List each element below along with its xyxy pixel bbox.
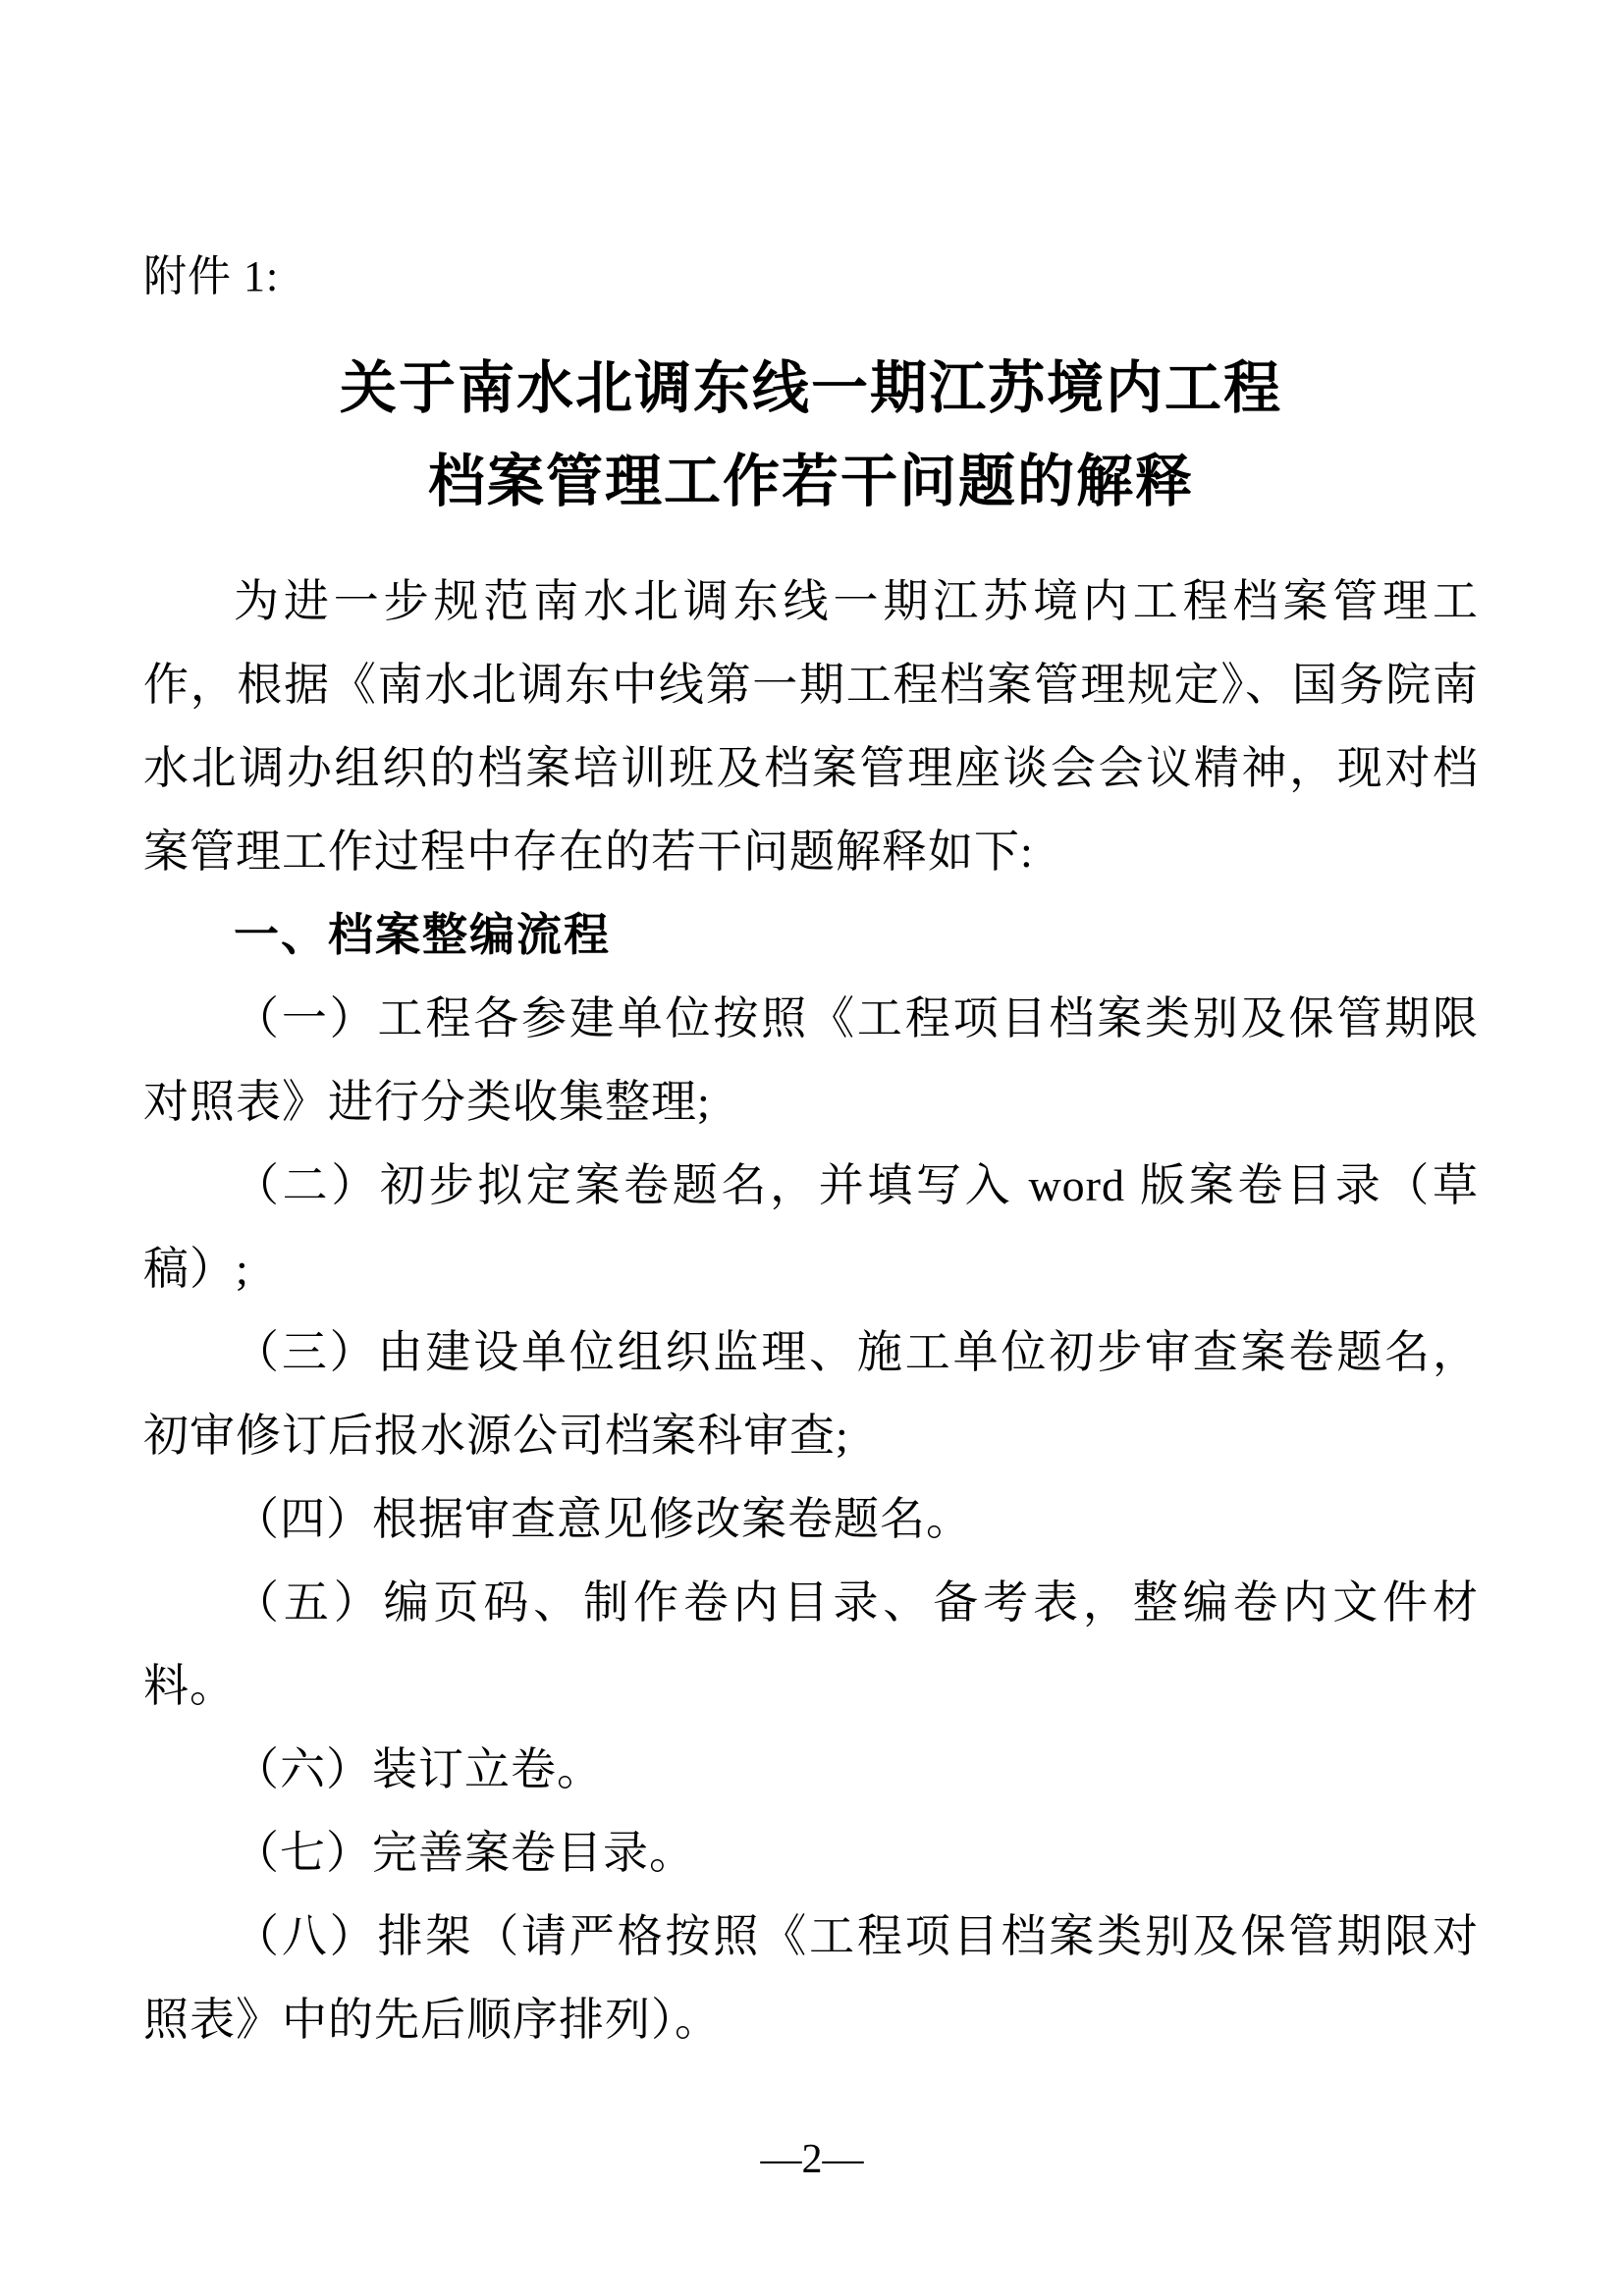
document-page: 附件 1: 关于南水北调东线一期江苏境内工程 档案管理工作若干问题的解释 为进一… <box>0 0 1624 2296</box>
body-paragraph: （六）装订立卷。 <box>143 1728 1479 1811</box>
document-content: 附件 1: 关于南水北调东线一期江苏境内工程 档案管理工作若干问题的解释 为进一… <box>143 247 1479 2061</box>
body-paragraph: （二）初步拟定案卷题名，并填写入 word 版案卷目录（草稿）; <box>143 1144 1479 1310</box>
body-paragraph: （八）排架（请严格按照《工程项目档案类别及保管期限对照表》中的先后顺序排列）。 <box>143 1895 1479 2061</box>
document-title-line1: 关于南水北调东线一期江苏境内工程 <box>143 342 1479 435</box>
page-number: —2— <box>0 2135 1624 2184</box>
body-paragraph: （四）根据审查意见修改案卷题名。 <box>143 1477 1479 1561</box>
document-title-line2: 档案管理工作若干问题的解释 <box>143 435 1479 528</box>
body-paragraph: （七）完善案卷目录。 <box>143 1811 1479 1895</box>
body-paragraph: 为进一步规范南水北调东线一期江苏境内工程档案管理工作，根据《南水北调东中线第一期… <box>143 560 1479 893</box>
document-body: 为进一步规范南水北调东线一期江苏境内工程档案管理工作，根据《南水北调东中线第一期… <box>143 560 1479 2061</box>
section-heading: 一、档案整编流程 <box>143 893 1479 977</box>
attachment-label: 附件 1: <box>143 247 1479 306</box>
body-paragraph: （一）工程各参建单位按照《工程项目档案类别及保管期限对照表》进行分类收集整理; <box>143 977 1479 1144</box>
document-title: 关于南水北调东线一期江苏境内工程 档案管理工作若干问题的解释 <box>143 342 1479 528</box>
body-paragraph: （三）由建设单位组织监理、施工单位初步审查案卷题名，初审修订后报水源公司档案科审… <box>143 1310 1479 1477</box>
body-paragraph: （五）编页码、制作卷内目录、备考表，整编卷内文件材料。 <box>143 1561 1479 1728</box>
